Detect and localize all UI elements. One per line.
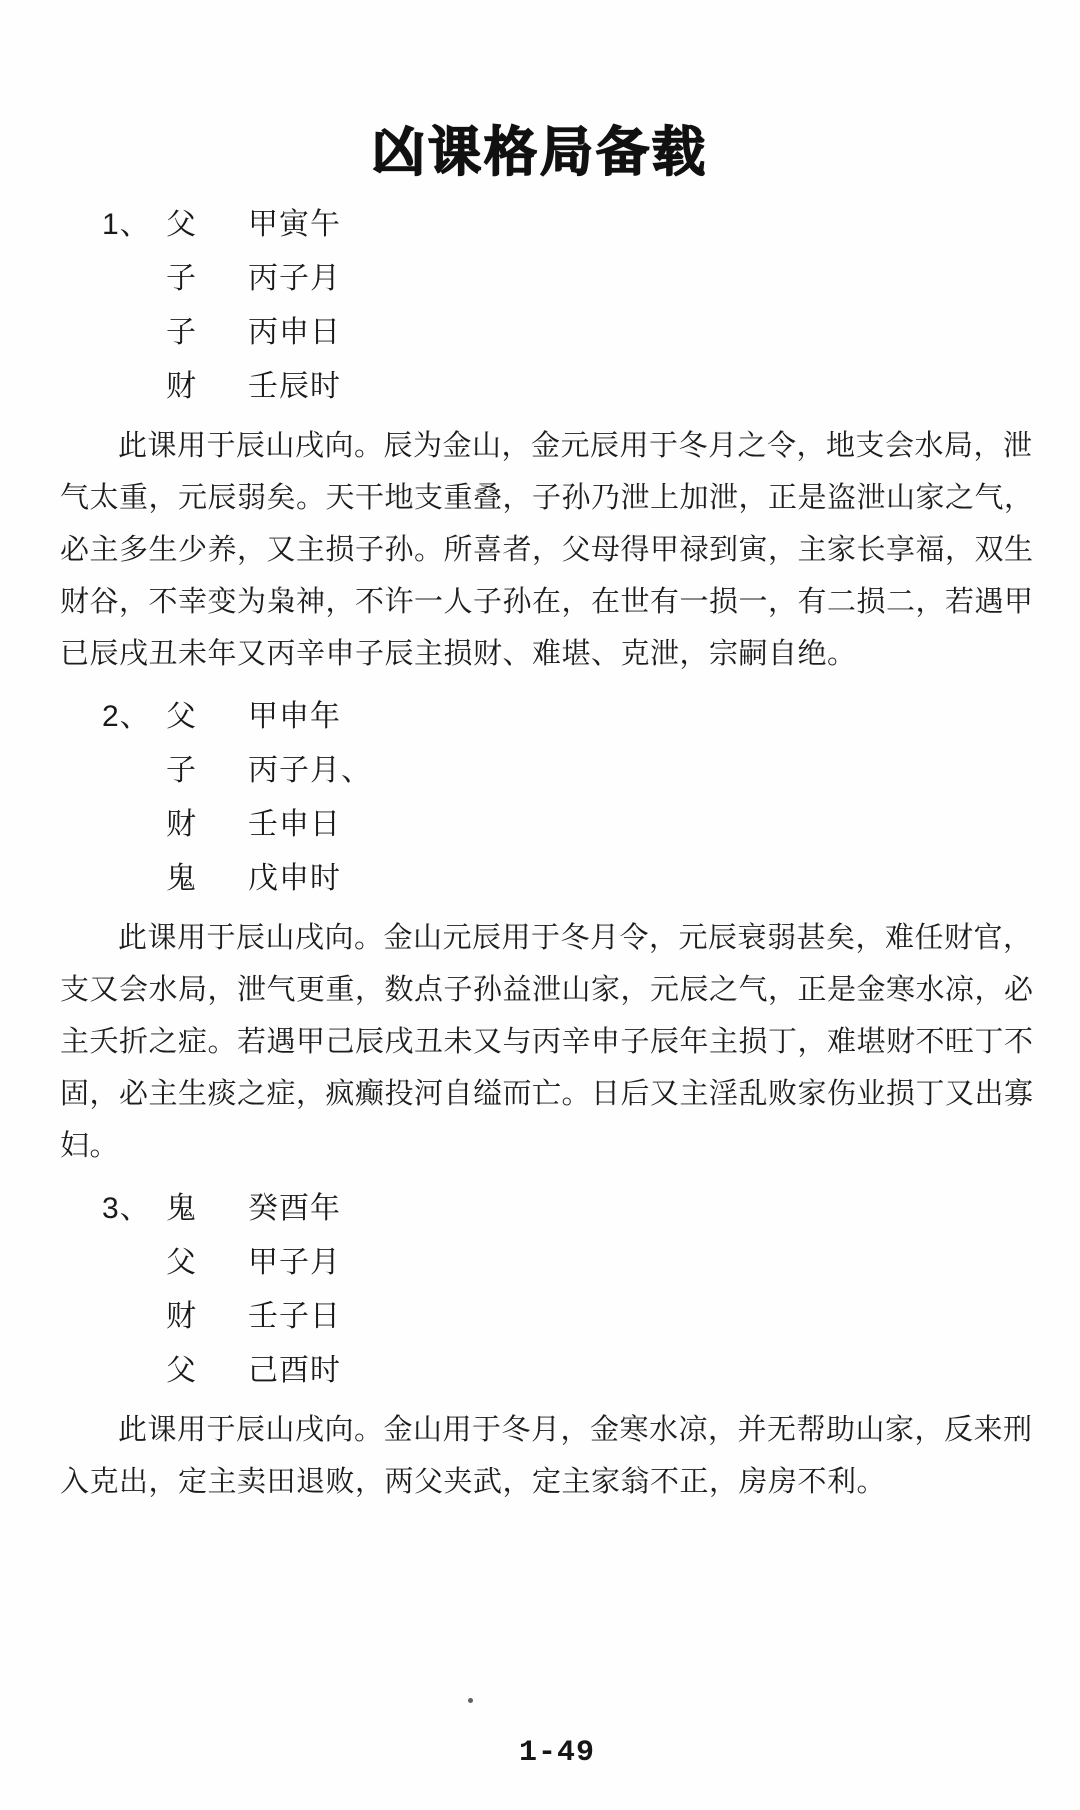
ink-speck — [468, 1698, 473, 1703]
entry-value: 壬子日 — [248, 1290, 1020, 1344]
paragraph-line: 主夭折之症。若遇甲己辰戌丑未又与丙辛申子辰年主损丁，难堪财不旺丁不 — [60, 1016, 1020, 1068]
entry-number — [60, 1236, 166, 1290]
course-entry: 子 丙子月 — [60, 252, 1020, 306]
course-entry: 财 壬辰时 — [60, 360, 1020, 414]
scanned-book-page: 凶课格局备载 1、 父 甲寅午 子 丙子月 子 丙申日 财 壬辰时 — [0, 0, 1080, 1810]
entry-value: 戊申时 — [248, 852, 1020, 906]
course-entry: 子 丙申日 — [60, 306, 1020, 360]
entry-value: 丙子月 — [248, 252, 1020, 306]
entry-value: 壬申日 — [248, 798, 1020, 852]
entry-role: 父 — [166, 1344, 248, 1398]
paragraph-line: 妇。 — [60, 1120, 1020, 1172]
entry-role: 父 — [166, 690, 248, 744]
entry-value: 甲寅午 — [248, 198, 1020, 252]
page-title: 凶课格局备载 — [60, 118, 1020, 188]
entry-role: 财 — [166, 360, 248, 414]
paragraph-line: 入克出，定主卖田退败，两父夹武，定主家翁不正，房房不利。 — [60, 1456, 1020, 1508]
course-entry: 3、 鬼 癸酉年 — [60, 1182, 1020, 1236]
course-entry: 父 己酉时 — [60, 1344, 1020, 1398]
entry-value: 甲申年 — [248, 690, 1020, 744]
entry-number: 2、 — [60, 690, 166, 744]
entry-value: 癸酉年 — [248, 1182, 1020, 1236]
commentary-paragraph-3: 此课用于辰山戌向。金山用于冬月，金寒水凉，并无帮助山家，反来刑 入克出，定主卖田… — [60, 1404, 1020, 1508]
paragraph-line: 气太重，元辰弱矣。天干地支重叠，子孙乃泄上加泄，正是盗泄山家之气， — [60, 472, 1020, 524]
entry-role: 财 — [166, 798, 248, 852]
entry-number — [60, 852, 166, 906]
course-entry: 鬼 戊申时 — [60, 852, 1020, 906]
paragraph-line: 支又会水局，泄气更重，数点子孙益泄山家，元辰之气，正是金寒水凉，必 — [60, 964, 1020, 1016]
entry-value: 壬辰时 — [248, 360, 1020, 414]
entry-role: 子 — [166, 252, 248, 306]
entry-role: 子 — [166, 744, 248, 798]
paragraph-line: 此课用于辰山戌向。金山元辰用于冬月令，元辰衰弱甚矣，难任财官， — [60, 912, 1020, 964]
paragraph-line: 必主多生少养，又主损子孙。所喜者，父母得甲禄到寅，主家长享福，双生 — [60, 524, 1020, 576]
entry-value: 丙申日 — [248, 306, 1020, 360]
entry-number — [60, 798, 166, 852]
entry-role: 鬼 — [166, 1182, 248, 1236]
course-list-3: 3、 鬼 癸酉年 父 甲子月 财 壬子日 父 己酉时 — [60, 1182, 1020, 1398]
entry-role: 子 — [166, 306, 248, 360]
paragraph-line: 已辰戌丑未年又丙辛申子辰主损财、难堪、克泄，宗嗣自绝。 — [60, 628, 1020, 680]
paragraph-line: 固，必主生痰之症，疯癫投河自缢而亡。日后又主淫乱败家伤业损丁又出寡 — [60, 1068, 1020, 1120]
entry-role: 鬼 — [166, 852, 248, 906]
entry-number — [60, 1344, 166, 1398]
entry-number — [60, 1290, 166, 1344]
entry-number — [60, 252, 166, 306]
entry-number: 1、 — [60, 198, 166, 252]
commentary-paragraph-2: 此课用于辰山戌向。金山元辰用于冬月令，元辰衰弱甚矣，难任财官， 支又会水局，泄气… — [60, 912, 1020, 1172]
entry-role: 父 — [166, 1236, 248, 1290]
entry-value: 己酉时 — [248, 1344, 1020, 1398]
course-entry: 父 甲子月 — [60, 1236, 1020, 1290]
entry-number — [60, 360, 166, 414]
document-body: 凶课格局备载 1、 父 甲寅午 子 丙子月 子 丙申日 财 壬辰时 — [0, 118, 1080, 1508]
entry-value: 丙子月、 — [248, 744, 1020, 798]
entry-number: 3、 — [60, 1182, 166, 1236]
course-entry: 2、 父 甲申年 — [60, 690, 1020, 744]
course-entry: 子 丙子月、 — [60, 744, 1020, 798]
commentary-paragraph-1: 此课用于辰山戌向。辰为金山，金元辰用于冬月之令，地支会水局，泄 气太重，元辰弱矣… — [60, 420, 1020, 680]
course-entry: 1、 父 甲寅午 — [60, 198, 1020, 252]
paragraph-line: 财谷，不幸变为枭神，不许一人子孙在，在世有一损一，有二损二，若遇甲 — [60, 576, 1020, 628]
entry-value: 甲子月 — [248, 1236, 1020, 1290]
course-list-2: 2、 父 甲申年 子 丙子月、 财 壬申日 鬼 戊申时 — [60, 690, 1020, 906]
course-list-1: 1、 父 甲寅午 子 丙子月 子 丙申日 财 壬辰时 — [60, 198, 1020, 414]
page-number: 1-49 — [0, 1736, 1080, 1770]
course-entry: 财 壬子日 — [60, 1290, 1020, 1344]
paragraph-line: 此课用于辰山戌向。金山用于冬月，金寒水凉，并无帮助山家，反来刑 — [60, 1404, 1020, 1456]
entry-number — [60, 744, 166, 798]
entry-number — [60, 306, 166, 360]
entry-role: 父 — [166, 198, 248, 252]
paragraph-line: 此课用于辰山戌向。辰为金山，金元辰用于冬月之令，地支会水局，泄 — [60, 420, 1020, 472]
course-entry: 财 壬申日 — [60, 798, 1020, 852]
entry-role: 财 — [166, 1290, 248, 1344]
